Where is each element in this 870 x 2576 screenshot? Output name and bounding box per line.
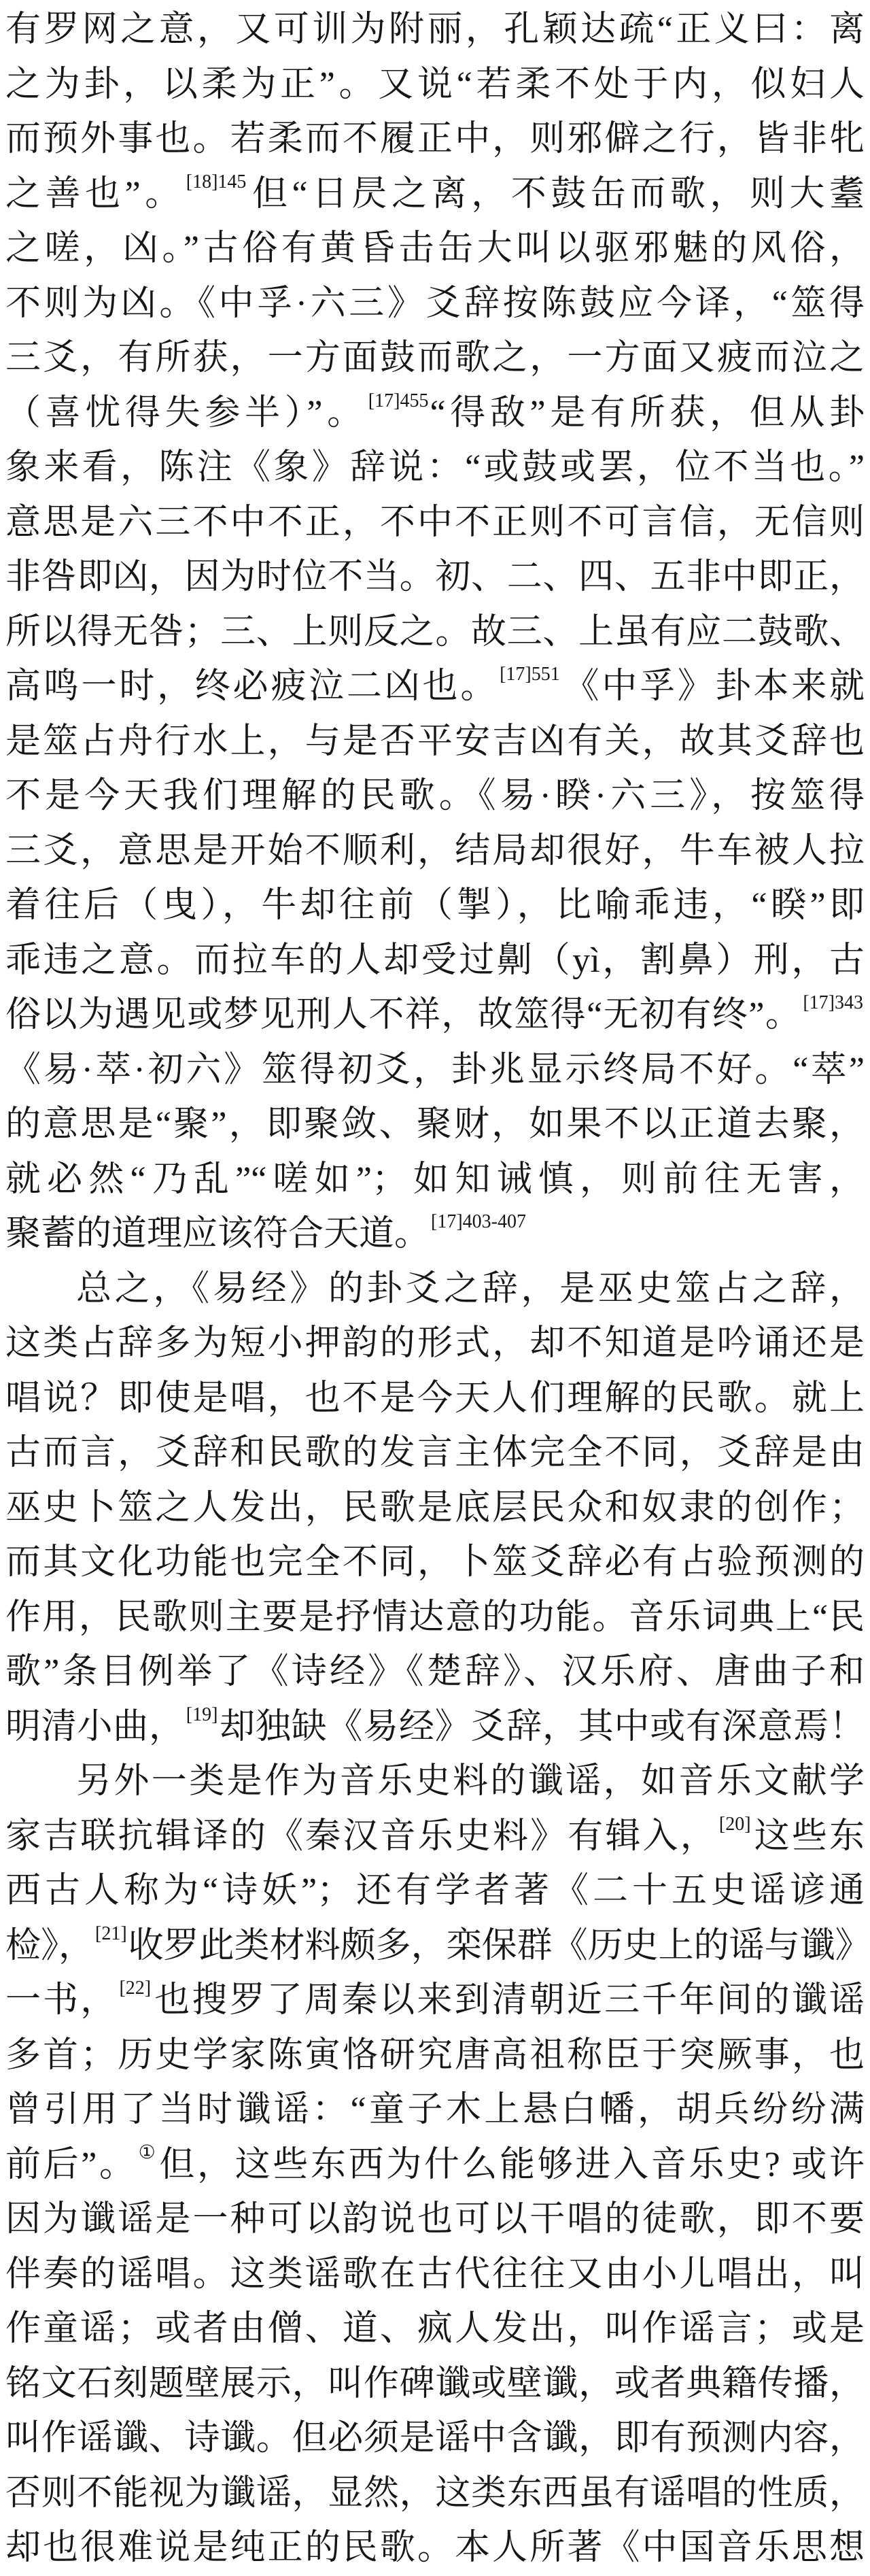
line-text: 前后”。 — [5, 2146, 137, 2184]
text-line: 前后”。①但，这些东西为什么能够进入音乐史? 或许 — [5, 2138, 865, 2193]
line-text: 检》， — [5, 1927, 94, 1965]
text-line: 《易·萃·初六》筮得初爻，卦兆显示终局不好。“萃” — [5, 1043, 865, 1098]
footnote-ref: [22] — [118, 1978, 152, 1999]
line-text: 叫作谣谶、诗谶。但必须是谣中含谶，即有预测内容， — [5, 2419, 865, 2458]
line-text: 唱说？即使是唱，也不是今天人们理解的民歌。就上 — [5, 1379, 865, 1418]
line-text: 三爻，意思是开始不顺利，结局却很好，牛车被人拉 — [5, 832, 865, 870]
text-line: 检》，[21]收罗此类材料颇多，栾保群《历史上的谣与谶》 — [5, 1919, 865, 1974]
text-line: 有罗网之意，又可训为附丽，孔颖达疏“正义曰：离 — [5, 3, 865, 58]
line-text: 就必然“乃乱”“嗟如”；如知诫慎，则前往无害， — [5, 1160, 865, 1199]
line-text: 聚蓄的道理应该符合天道。 — [5, 1215, 430, 1253]
line-text: （喜忧得失参半）”。 — [5, 394, 367, 433]
line-text: 《中孚》卦本来就 — [561, 667, 865, 706]
text-line: 歌”条目例举了《诗经》《楚辞》、汉乐府、唐曲子和 — [5, 1645, 865, 1700]
text-line: 象来看，陈注《象》辞说：“或鼓或罢，位不当也。” — [5, 441, 865, 496]
line-text: 所以得无咎；三、上则反之。故三、上虽有应二鼓歌、 — [5, 613, 865, 651]
text-line: 之为卦，以柔为正”。又说“若柔不处于内，似妇人 — [5, 58, 865, 113]
text-line: 是筮占舟行水上，与是否平安吉凶有关，故其爻辞也 — [5, 715, 865, 770]
text-line: 伴奏的谣唱。这类谣歌在古代往往又由小儿唱出，叫 — [5, 2248, 865, 2303]
text-line: 而其文化功能也完全不同，卜筮爻辞必有占验预测的 — [5, 1536, 865, 1591]
text-line: 却也很难说是纯正的民歌。本人所著《中国音乐思想 — [5, 2521, 865, 2576]
text-line: 三爻，意思是开始不顺利，结局却很好，牛车被人拉 — [5, 824, 865, 879]
line-text: 但“日昃之离，不鼓缶而歌，则大耋 — [247, 175, 865, 214]
line-text: 意思是六三不中不正，不中不正则不可言信，无信则 — [5, 503, 865, 542]
footnote-ref: [20] — [718, 1814, 752, 1835]
line-text: 西古人称为“诗妖”；还有学者著《二十五史谣谚通 — [5, 1871, 865, 1910]
text-line: 作用，民歌则主要是抒情达意的功能。音乐词典上“民 — [5, 1591, 865, 1646]
text-line: 聚蓄的道理应该符合天道。[17]403-407 — [5, 1207, 865, 1262]
line-text: 高鸣一时，终必疲泣二凶也。 — [5, 667, 498, 706]
line-text: 曾引用了当时谶谣：“童子木上悬白幡，胡兵纷纷满 — [5, 2090, 865, 2129]
text-line: 非咎即凶，因为时位不当。初、二、四、五非中即正， — [5, 550, 865, 605]
footnote-ref: [21] — [94, 1923, 128, 1944]
text-line: 因为谶谣是一种可以韵说也可以干唱的徒歌，即不要 — [5, 2192, 865, 2248]
line-text: 一书， — [5, 1981, 118, 2020]
text-line: 高鸣一时，终必疲泣二凶也。[17]551《中孚》卦本来就 — [5, 660, 865, 715]
line-text: 多首；历史学家陈寅恪研究唐高祖称臣于突厥事，也 — [5, 2036, 865, 2075]
text-line: 明清小曲，[19]却独缺《易经》爻辞，其中或有深意焉！ — [5, 1700, 865, 1755]
line-text: 俗以为遇见或梦见刑人不祥，故筮得“无初有终”。 — [5, 996, 801, 1034]
line-text: 铭文石刻题壁展示，叫作碑谶或壁谶，或者典籍传播， — [5, 2365, 865, 2403]
text-line: 古而言，爻辞和民歌的发言主体完全不同，爻辞是由 — [5, 1426, 865, 1481]
text-line: 总之，《易经》的卦爻之辞，是巫史筮占之辞， — [5, 1262, 865, 1317]
line-text: 却也很难说是纯正的民歌。本人所著《中国音乐思想 — [5, 2528, 865, 2567]
line-text: 有罗网之意，又可训为附丽，孔颖达疏“正义曰：离 — [5, 10, 865, 49]
line-text: 家吉联抗辑译的《秦汉音乐史料》有辑入， — [5, 1817, 718, 1856]
text-line: 巫史卜筮之人发出，民歌是底层民众和奴隶的创作； — [5, 1481, 865, 1536]
line-text: 非咎即凶，因为时位不当。初、二、四、五非中即正， — [5, 558, 865, 596]
text-line: 着往后（曳），牛却往前（掣），比喻乖违，“睽”即 — [5, 879, 865, 934]
line-text: 这些东 — [752, 1817, 865, 1856]
line-text: “得敌”是有所获，但从卦 — [430, 394, 865, 433]
line-text: 之善也”。 — [5, 175, 185, 214]
text-line: 所以得无咎；三、上则反之。故三、上虽有应二鼓歌、 — [5, 605, 865, 660]
line-text: 但，这些东西为什么能够进入音乐史? 或许 — [159, 2146, 865, 2184]
line-text: 不是今天我们理解的民歌。《易·睽·六三》，按筮得 — [5, 777, 865, 815]
text-line: 多首；历史学家陈寅恪研究唐高祖称臣于突厥事，也 — [5, 2029, 865, 2084]
footnote-ref: [17]403-407 — [430, 1211, 527, 1232]
footnote-ref: [18]145 — [185, 171, 248, 192]
text-line: 就必然“乃乱”“嗟如”；如知诫慎，则前往无害， — [5, 1153, 865, 1208]
text-line: 乖违之意。而拉车的人却受过劓（yì，割鼻）刑，古 — [5, 934, 865, 989]
line-text: 《易·萃·初六》筮得初爻，卦兆显示终局不好。“萃” — [5, 1051, 865, 1089]
text-line: 否则不能视为谶谣，显然，这类东西虽有谣唱的性质， — [5, 2467, 865, 2522]
text-line: 意思是六三不中不正，不中不正则不可言信，无信则 — [5, 496, 865, 551]
line-text: 也搜罗了周秦以来到清朝近三千年间的谶谣 — [152, 1981, 865, 2020]
line-text: 却独缺《易经》爻辞，其中或有深意焉！ — [219, 1708, 865, 1746]
text-line: （喜忧得失参半）”。[17]455“得敌”是有所获，但从卦 — [5, 386, 865, 441]
text-line: 不是今天我们理解的民歌。《易·睽·六三》，按筮得 — [5, 769, 865, 824]
text-line: 一书，[22]也搜罗了周秦以来到清朝近三千年间的谶谣 — [5, 1973, 865, 2029]
line-text: 明清小曲， — [5, 1708, 185, 1746]
text-line: 之善也”。[18]145但“日昃之离，不鼓缶而歌，则大耋 — [5, 167, 865, 222]
line-text: 作用，民歌则主要是抒情达意的功能。音乐词典上“民 — [5, 1598, 865, 1637]
line-text: 象来看，陈注《象》辞说：“或鼓或罢，位不当也。” — [5, 448, 865, 487]
line-text: 而其文化功能也完全不同，卜筮爻辞必有占验预测的 — [5, 1543, 865, 1582]
text-line: 家吉联抗辑译的《秦汉音乐史料》有辑入，[20]这些东 — [5, 1810, 865, 1865]
footnote-ref: [17]455 — [367, 390, 430, 411]
line-text: 不则为凶。《中孚·六三》爻辞按陈鼓应今译，“筮得 — [5, 284, 865, 323]
line-text: 收罗此类材料颇多，栾保群《历史上的谣与谶》 — [128, 1927, 865, 1965]
text-line: 叫作谣谶、诗谶。但必须是谣中含谶，即有预测内容， — [5, 2411, 865, 2467]
line-text: 着往后（曳），牛却往前（掣），比喻乖违，“睽”即 — [5, 886, 865, 925]
text-line: 俗以为遇见或梦见刑人不祥，故筮得“无初有终”。[17]343 — [5, 988, 865, 1043]
line-text: 巫史卜筮之人发出，民歌是底层民众和奴隶的创作； — [5, 1489, 865, 1527]
line-text: 而预外事也。若柔而不履正中，则邪僻之行，皆非牝 — [5, 120, 865, 158]
text-line: 不则为凶。《中孚·六三》爻辞按陈鼓应今译，“筮得 — [5, 277, 865, 332]
line-text: 因为谶谣是一种可以韵说也可以干唱的徒歌，即不要 — [5, 2200, 865, 2239]
text-line: 而预外事也。若柔而不履正中，则邪僻之行，皆非牝 — [5, 112, 865, 167]
text-line: 铭文石刻题壁展示，叫作碑谶或壁谶，或者典籍传播， — [5, 2357, 865, 2412]
line-text: 这类占辞多为短小押韵的形式，却不知道是吟诵还是 — [5, 1324, 865, 1363]
line-text: 乖违之意。而拉车的人却受过劓（yì，割鼻）刑，古 — [5, 941, 865, 980]
text-line: 作童谣；或者由僧、道、疯人发出，叫作谣言；或是 — [5, 2302, 865, 2357]
page: 有罗网之意，又可训为附丽，孔颖达疏“正义曰：离之为卦，以柔为正”。又说“若柔不处… — [0, 0, 870, 2576]
text-line: 的意思是“聚”，即聚敛、聚财，如果不以正道去聚， — [5, 1098, 865, 1153]
line-text: 另外一类是作为音乐史料的谶谣，如音乐文献学 — [76, 1762, 865, 1801]
line-text: 三爻，有所获，一方面鼓而歌之，一方面又疲而泣之 — [5, 339, 865, 377]
footnote-ref: [19] — [185, 1704, 220, 1725]
footnote-ref: ① — [137, 2142, 160, 2163]
line-text: 的意思是“聚”，即聚敛、聚财，如果不以正道去聚， — [5, 1105, 865, 1144]
text-line: 曾引用了当时谶谣：“童子木上悬白幡，胡兵纷纷满 — [5, 2083, 865, 2138]
line-text: 总之，《易经》的卦爻之辞，是巫史筮占之辞， — [76, 1270, 865, 1308]
text-line: 西古人称为“诗妖”；还有学者著《二十五史谣谚通 — [5, 1864, 865, 1919]
line-text: 作童谣；或者由僧、道、疯人发出，叫作谣言；或是 — [5, 2309, 865, 2348]
text-line: 唱说？即使是唱，也不是今天人们理解的民歌。就上 — [5, 1372, 865, 1427]
line-text: 否则不能视为谶谣，显然，这类东西虽有谣唱的性质， — [5, 2474, 865, 2513]
line-text: 伴奏的谣唱。这类谣歌在古代往往又由小儿唱出，叫 — [5, 2255, 865, 2294]
footnote-ref: [17]343 — [801, 992, 865, 1013]
text-line: 三爻，有所获，一方面鼓而歌之，一方面又疲而泣之 — [5, 331, 865, 386]
text-line: 这类占辞多为短小押韵的形式，却不知道是吟诵还是 — [5, 1317, 865, 1372]
line-text: 是筮占舟行水上，与是否平安吉凶有关，故其爻辞也 — [5, 722, 865, 761]
footnote-ref: [17]551 — [498, 664, 561, 685]
line-text: 古而言，爻辞和民歌的发言主体完全不同，爻辞是由 — [5, 1434, 865, 1472]
text-line: 另外一类是作为音乐史料的谶谣，如音乐文献学 — [5, 1755, 865, 1810]
line-text: 歌”条目例举了《诗经》《楚辞》、汉乐府、唐曲子和 — [5, 1653, 865, 1691]
line-text: 之为卦，以柔为正”。又说“若柔不处于内，似妇人 — [5, 65, 865, 104]
line-text: 之嗟，凶。”古俗有黄昏击缶大叫以驱邪魅的风俗， — [5, 229, 865, 268]
text-line: 之嗟，凶。”古俗有黄昏击缶大叫以驱邪魅的风俗， — [5, 222, 865, 277]
